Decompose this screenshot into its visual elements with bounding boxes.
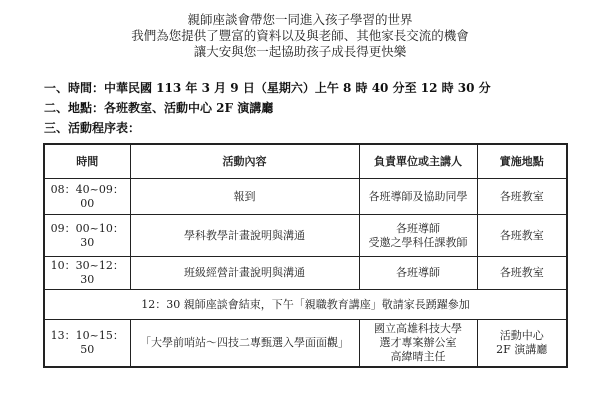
time-item: 一、時間：中華民國 113 年 3 月 9 日（星期六）上午 8 時 40 分至… [44, 78, 491, 98]
header-row: 時間 活動內容 負責單位或主講人 實施地點 [44, 144, 567, 179]
cell-host: 各班導師及協助同學 [359, 179, 477, 215]
cell-location: 各班教室 [477, 257, 567, 290]
cell-time: 09：00~10：30 [44, 215, 130, 257]
cell-time: 08：40~09：00 [44, 179, 130, 215]
schedule-title: 三、活動程序表： [44, 118, 491, 138]
cell-location: 各班教室 [477, 179, 567, 215]
host-line: 各班導師 [360, 222, 477, 236]
cell-content: 「大學前哨站～四技二專甄選入學面面觀」 [130, 320, 359, 368]
cell-content: 報到 [130, 179, 359, 215]
header-host: 負責單位或主講人 [359, 144, 477, 179]
cell-content: 班級經營計畫說明與溝通 [130, 257, 359, 290]
table-row: 13：10~15：50 「大學前哨站～四技二專甄選入學面面觀」 國立高雄科技大學… [44, 320, 567, 368]
cell-content: 學科教學計畫說明與溝通 [130, 215, 359, 257]
host-line: 高緯晴主任 [360, 350, 477, 364]
host-line: 選才專案辦公室 [360, 336, 477, 350]
host-line: 國立高雄科技大學 [360, 322, 477, 336]
intro-line: 我們為您提供了豐富的資料以及與老師、其他家長交流的機會 [0, 28, 600, 44]
notice-cell: 12：30 親師座談會結束，下午「親職教育講座」敬請家長踴躍參加 [44, 290, 567, 320]
location-line: 活動中心 [478, 329, 567, 343]
cell-host: 國立高雄科技大學 選才專案辦公室 高緯晴主任 [359, 320, 477, 368]
cell-host: 各班導師 [359, 257, 477, 290]
schedule-table: 時間 活動內容 負責單位或主講人 實施地點 08：40~09：00 報到 各班導… [43, 143, 568, 368]
header-time: 時間 [44, 144, 130, 179]
info-items: 一、時間：中華民國 113 年 3 月 9 日（星期六）上午 8 時 40 分至… [44, 78, 491, 138]
intro-line: 讓大安與您一起協助孩子成長得更快樂 [0, 44, 600, 60]
notice-row: 12：30 親師座談會結束，下午「親職教育講座」敬請家長踴躍參加 [44, 290, 567, 320]
header-location: 實施地點 [477, 144, 567, 179]
table-row: 10：30~12：30 班級經營計畫說明與溝通 各班導師 各班教室 [44, 257, 567, 290]
table-row: 09：00~10：30 學科教學計畫說明與溝通 各班導師 受邀之學科任課教師 各… [44, 215, 567, 257]
cell-time: 10：30~12：30 [44, 257, 130, 290]
table-row: 08：40~09：00 報到 各班導師及協助同學 各班教室 [44, 179, 567, 215]
header-content: 活動內容 [130, 144, 359, 179]
host-line: 受邀之學科任課教師 [360, 236, 477, 250]
cell-location: 各班教室 [477, 215, 567, 257]
place-item: 二、地點：各班教室、活動中心 2F 演講廳 [44, 98, 491, 118]
cell-location: 活動中心 2F 演講廳 [477, 320, 567, 368]
cell-time: 13：10~15：50 [44, 320, 130, 368]
location-line: 2F 演講廳 [478, 343, 567, 357]
intro-line: 親師座談會帶您一同進入孩子學習的世界 [0, 12, 600, 28]
intro-text: 親師座談會帶您一同進入孩子學習的世界 我們為您提供了豐富的資料以及與老師、其他家… [0, 12, 600, 60]
cell-host: 各班導師 受邀之學科任課教師 [359, 215, 477, 257]
